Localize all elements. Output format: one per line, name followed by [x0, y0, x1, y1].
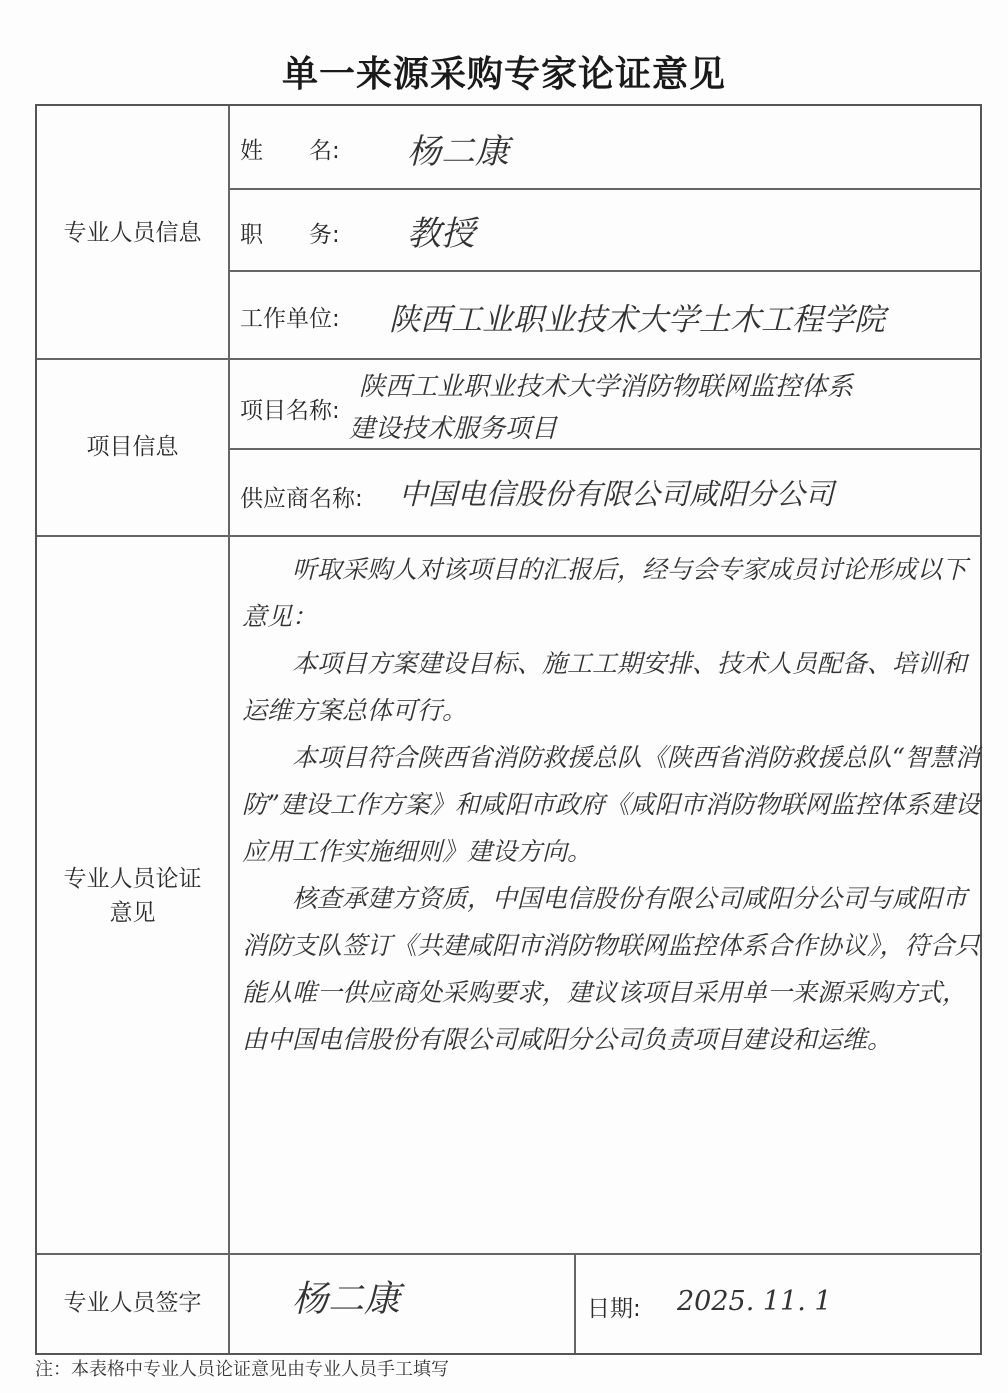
opinion-paragraph: 本项目符合陕西省消防救援总队《陕西省消防救援总队“智慧消防”建设工作方案》和咸阳… [242, 734, 982, 875]
opinion-paragraph: 核查承建方资质，中国电信股份有限公司咸阳分公司与咸阳市消防支队签订《共建咸阳市消… [242, 875, 982, 1063]
work-unit-value: 陕西工业职业技术大学土木工程学院 [389, 294, 885, 339]
signature-date-divider [574, 1254, 576, 1353]
supplier-name-value: 中国电信股份有限公司咸阳分公司 [399, 472, 834, 513]
opinion-text: 听取采购人对该项目的汇报后，经与会专家成员讨论形成以下意见： 本项目方案建设目标… [242, 546, 982, 1063]
signature-value: 杨二康 [292, 1271, 400, 1322]
project-name-line1: 陕西工业职业技术大学消防物联网监控体系 [359, 366, 853, 403]
supplier-name-label: 供应商名称: [240, 480, 363, 513]
row-divider [37, 1253, 982, 1255]
position-value: 教授 [407, 206, 475, 255]
opinion-label-line1: 专业人员论证 [37, 862, 228, 896]
name-value: 杨二康 [407, 124, 509, 173]
opinion-paragraph: 听取采购人对该项目的汇报后，经与会专家成员讨论形成以下意见： [242, 546, 982, 640]
footnote: 注：本表格中专业人员论证意见由专业人员手工填写 [35, 1355, 449, 1381]
opinion-label-line2: 意见 [37, 896, 228, 930]
date-label: 日期: [587, 1290, 641, 1323]
opinion-label: 专业人员论证 意见 [37, 862, 228, 930]
column-divider [228, 106, 230, 1353]
opinion-paragraph: 本项目方案建设目标、施工工期安排、技术人员配备、培训和运维方案总体可行。 [242, 640, 982, 734]
row-divider [228, 448, 982, 450]
row-divider [37, 535, 982, 537]
row-divider [37, 358, 982, 360]
date-value: 2025. 11. 1 [677, 1286, 832, 1317]
name-label: 姓 名: [240, 132, 340, 165]
project-info-label: 项目信息 [37, 430, 228, 464]
project-name-label: 项目名称: [240, 392, 340, 425]
row-divider [228, 270, 982, 272]
signature-label: 专业人员签字 [37, 1286, 228, 1320]
document-title: 单一来源采购专家论证意见 [0, 46, 1008, 97]
position-label: 职 务: [240, 216, 340, 249]
form-table: 专业人员信息 姓 名: 杨二康 职 务: 教授 工作单位: 陕西工业职业技术大学… [35, 104, 982, 1355]
project-name-line2: 建设技术服务项目 [349, 408, 557, 445]
work-unit-label: 工作单位: [240, 300, 340, 333]
personnel-info-label: 专业人员信息 [37, 216, 228, 250]
row-divider [228, 188, 982, 190]
